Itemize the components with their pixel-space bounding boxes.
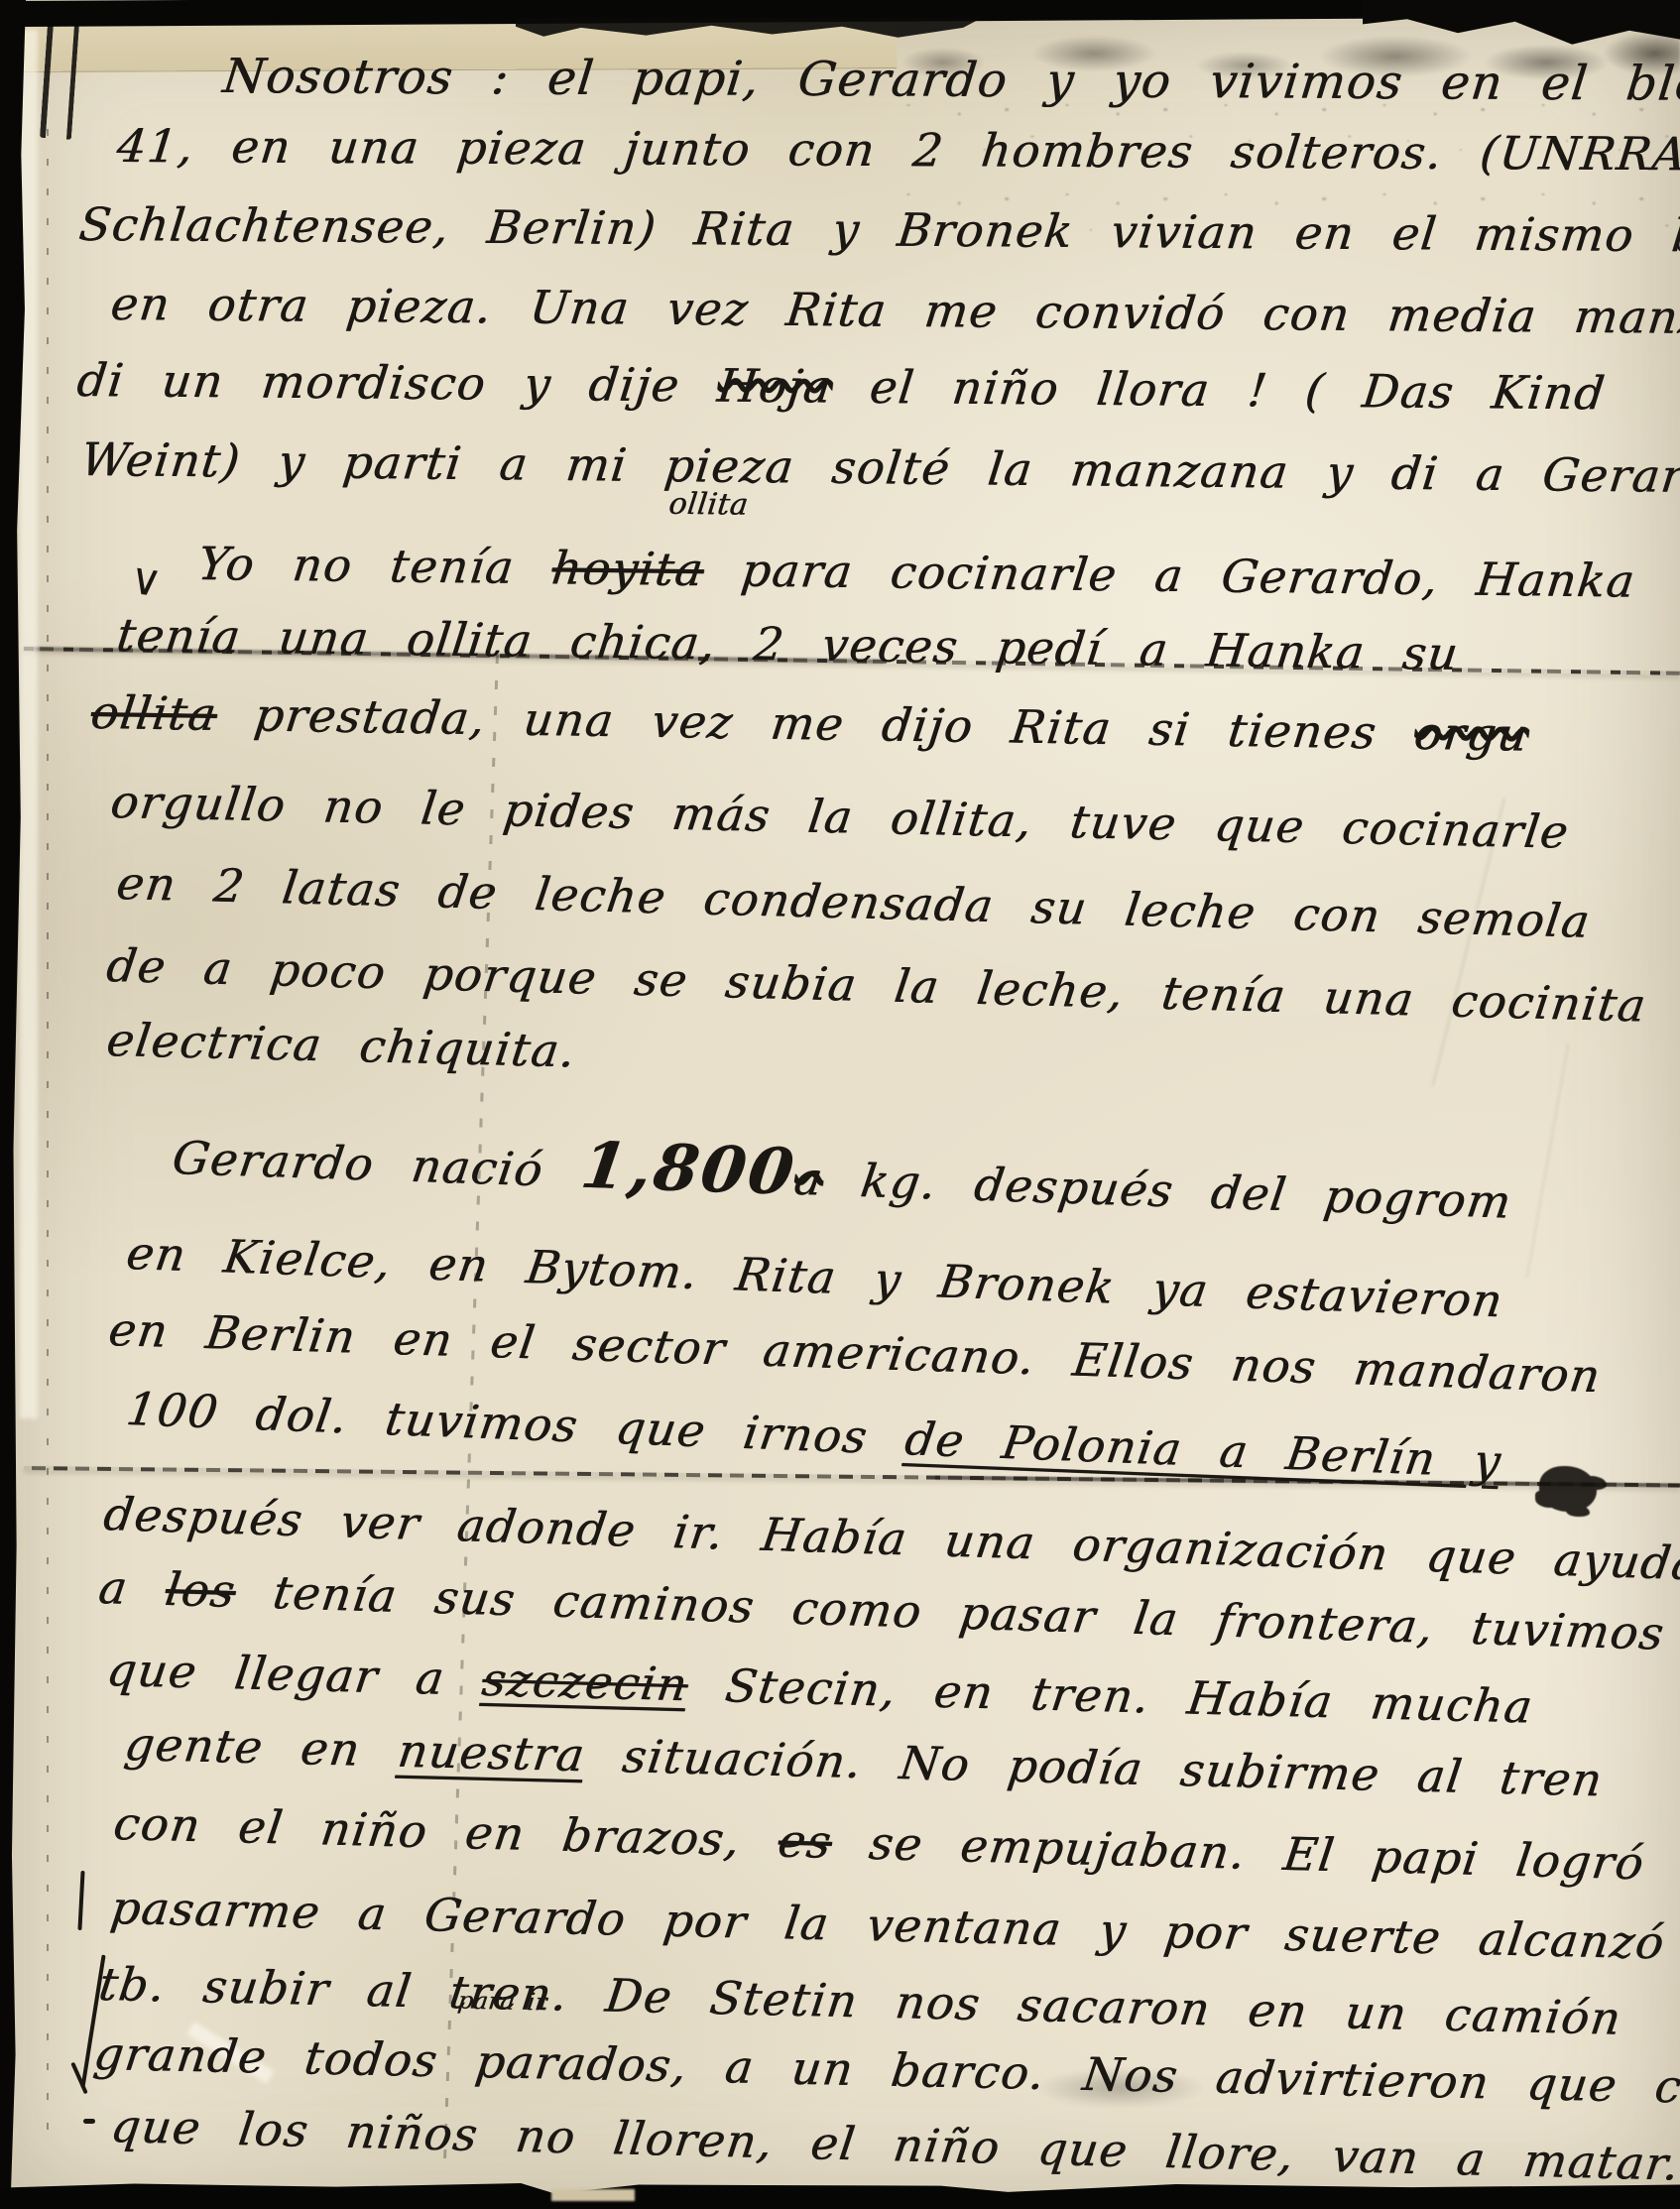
big-text: 1,800 — [577, 1129, 801, 1210]
scribble-text: orgu — [1411, 706, 1531, 762]
pen-margin-dot — [83, 2119, 95, 2124]
handwritten-line-20: que llegar a szczecin Stecin, en tren. H… — [104, 1646, 1536, 1731]
text-segment: a — [95, 1560, 169, 1616]
handwritten-line-6: Weint) y parti a mi pieza solté la manza… — [78, 435, 1680, 500]
underline-text: nuestra — [395, 1724, 588, 1781]
handwritten-line-10: orgullo no le pides más la ollita, tuve … — [108, 778, 1572, 856]
handwritten-line-13: electrica chiquita. — [104, 1016, 579, 1075]
inserted-word: para ir — [456, 1989, 548, 2016]
handwritten-line-22: con el niño en brazos, es se empujaban. … — [111, 1799, 1647, 1888]
text-segment: Gerardo nació — [170, 1131, 585, 1197]
text-segment: a un barco. Nos advirtieron que cuidemos — [684, 2039, 1680, 2118]
text-segment: 100 dol. tuvimos que irnos — [123, 1382, 909, 1465]
handwritten-line-25: grande todos parados,para ir a un barco.… — [91, 2029, 1680, 2115]
text-segment: orgullo no le pides más la ollita, tuve … — [108, 775, 1573, 859]
handwriting-text-block: Nosotros : el papi, Gerardo y yo vivimos… — [0, 0, 1680, 2209]
handwritten-line-7: Yo no tenía hoyitaollita para cocinarle … — [195, 540, 1638, 605]
handwritten-line-5: di un mordisco y dije Hoja el niño llora… — [74, 356, 1608, 418]
text-segment: gente en — [122, 1717, 403, 1778]
text-segment: para cocinarle a Gerardo, Hanka — [700, 543, 1638, 607]
handwritten-line-3: Schlachtensee, Berlin) Rita y Bronek viv… — [76, 200, 1680, 260]
handwritten-line-11: en 2 latas de leche condensada su leche … — [114, 859, 1594, 945]
ink-blot — [1539, 1466, 1597, 1512]
text-segment: que llegar a — [103, 1643, 486, 1706]
text-segment: con el niño en brazos, — [110, 1796, 781, 1867]
strike_underline-text: szczecin — [479, 1653, 691, 1711]
handwritten-line-21: gente en nuestra situación. No podía sub… — [122, 1720, 1606, 1804]
scanned-letter-page: ∨ Nosotros : el papi, Gerardo y yo vivim… — [0, 0, 1680, 2209]
text-segment: Stecin, en tren. Había mucha — [684, 1657, 1536, 1733]
text-segment: Nosotros : el papi, Gerardo y yo vivimos… — [220, 49, 1680, 112]
strike-text: es — [775, 1814, 835, 1869]
text-segment: Schlachtensee, Berlin) Rita y Bronek viv… — [76, 197, 1680, 263]
text-segment: Yo no tenía — [195, 537, 555, 594]
text-segment: pasarme a Gerardo por la ventana y por s… — [108, 1881, 1668, 1969]
handwritten-line-4: en otra pieza. Una vez Rita me convidó c… — [108, 280, 1680, 342]
paper-notch-bottom — [551, 2189, 635, 2201]
strike-text: hoyitaollita — [549, 541, 707, 596]
handwritten-line-12: de a poco porque se subia la leche, tení… — [104, 941, 1649, 1030]
text-segment: kg. después del pogrom — [819, 1153, 1514, 1229]
text-segment: di un mordisco y dije — [74, 353, 721, 413]
text-segment: que los niños no lloren, el niño que llo… — [108, 2099, 1680, 2191]
handwritten-line-14: Gerardo nació 1,800a kg. después del pog… — [169, 1119, 1516, 1230]
text-segment: grande todos parados,para ir — [91, 2026, 691, 2092]
strike-text: los — [162, 1562, 239, 1618]
scribble-text: Hoja — [715, 359, 836, 414]
handwritten-line-1: Nosotros : el papi, Gerardo y yo vivimos… — [220, 52, 1680, 110]
handwritten-line-23: pasarme a Gerardo por la ventana y por s… — [108, 1884, 1668, 1967]
text-segment: Weint) y parti a mi pieza solté la manza… — [78, 432, 1680, 503]
text-segment: 41, en una pieza junto con 2 hombres sol… — [114, 119, 1680, 182]
handwritten-line-9: ollita prestada, una vez me dijo Rita si… — [88, 688, 1531, 759]
inserted-word: ollita — [667, 489, 750, 521]
text-segment: se empujaban. El papi logró — [828, 1815, 1647, 1890]
text-segment: electrica chiquita. — [104, 1013, 580, 1077]
text-segment: en otra pieza. Una vez Rita me convidó c… — [108, 277, 1680, 344]
text-segment: situación. No podía subirme al tren — [581, 1728, 1606, 1806]
handwritten-line-2: 41, en una pieza junto con 2 hombres sol… — [114, 122, 1680, 179]
text-segment: en 2 latas de leche condensada su leche … — [113, 856, 1594, 948]
text-segment: tenía una ollita chica, 2 veces pedí a H… — [114, 608, 1462, 680]
text-segment: el niño llora ! ( Das Kind — [829, 360, 1609, 421]
handwritten-line-26: que los niños no lloren, el niño que llo… — [108, 2102, 1680, 2188]
text-segment: prestada, una vez me dijo Rita si tienes — [213, 687, 1417, 760]
strike-text: ollita — [88, 685, 220, 741]
handwritten-line-24: tb. subir al tren. De Stetin nos sacaron… — [96, 1960, 1624, 2042]
